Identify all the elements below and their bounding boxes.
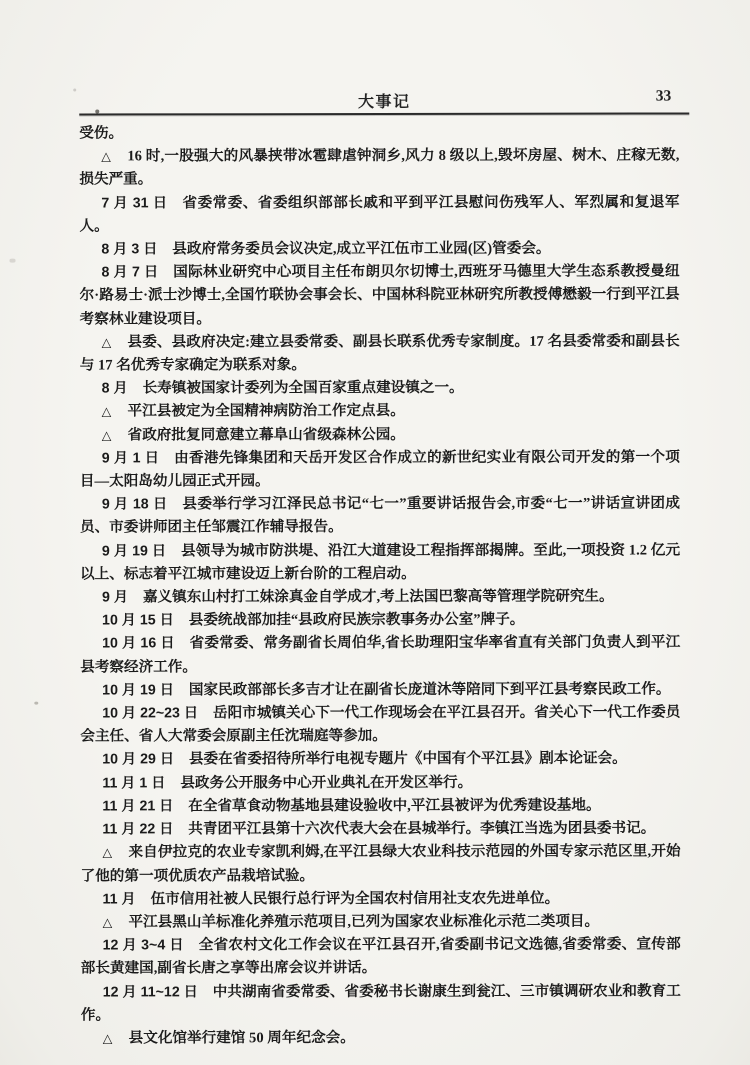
scan-speck	[95, 109, 99, 113]
event-entry: △来自伊拉克的农业专家凯利姆,在平江县绿大农业科技示范园的外国专家示范区里,开始…	[81, 841, 681, 888]
triangle-marker: △	[103, 915, 113, 929]
event-entry: 9 月 19 日县领导为城市防洪堤、沿江大道建设工程指挥部揭牌。至此,一项投资 …	[80, 539, 680, 586]
triangle-marker: △	[103, 1031, 113, 1045]
event-date: 10 月 19 日	[102, 682, 174, 698]
event-date: 10 月 29 日	[102, 752, 174, 768]
triangle-marker: △	[102, 846, 112, 860]
event-entry: 11 月 22 日共青团平江县第十六次代表大会在县城举行。李镇江当选为团县委书记…	[80, 818, 680, 842]
event-text: 国家民政部部长多吉才让在副省长庞道沐等陪同下到平江县考察民政工作。	[189, 681, 671, 698]
event-text: 在全省草食动物基地县建设验收中,平江县被评为优秀建设基地。	[188, 797, 600, 814]
event-entry: 8 月长寿镇被国家计委列为全国百家重点建设镇之一。	[80, 377, 680, 401]
event-text: 县委、县政府决定:建立县委常委、副县长联系优秀专家制度。17 名县委常委和副县长…	[80, 333, 680, 373]
event-text: 受伤。	[79, 125, 123, 141]
scan-speck	[34, 702, 38, 705]
event-entry: 9 月 18 日县委举行学习江泽民总书记“七一”重要讲话报告会,市委“七一”讲话…	[80, 493, 680, 540]
event-text: 县政府常务委员会议决定,成立平江伍市工业园(区)管委会。	[172, 241, 550, 258]
event-entry: 8 月 3 日县政府常务委员会议决定,成立平江伍市工业园(区)管委会。	[79, 237, 679, 261]
event-date: 10 月 22~23 日	[102, 705, 198, 721]
event-date: 12 月 11~12 日	[103, 984, 198, 1000]
scan-speck	[73, 89, 76, 92]
event-date: 11 月	[103, 891, 136, 907]
event-date: 11 月 22 日	[102, 821, 173, 837]
event-date: 7 月 31 日	[101, 195, 167, 211]
event-text: 省政府批复同意建立幕阜山省级森林公园。	[128, 427, 405, 443]
event-text: 省委常委、省委组织部部长戚和平到平江县慰问伤残军人、军烈属和复退军人。	[79, 194, 679, 234]
event-text: 国际林业研究中心项目主任布朗贝尔切博士,西班牙马德里大学生态系教授曼纽尔·路易士…	[80, 264, 680, 327]
event-text: 由香港先锋集团和天岳开发区合作成立的新世纪实业有限公司开发的第一个项目—太阳岛幼…	[80, 449, 680, 489]
event-entry: 11 月伍市信用社被人民银行总行评为全国农村信用社支农先进单位。	[81, 887, 681, 911]
event-text: 县政务公开服务中心开业典礼在开发区举行。	[180, 775, 472, 792]
event-date: 11 月 21 日	[102, 798, 173, 814]
event-entry: 7 月 31 日省委常委、省委组织部部长戚和平到平江县慰问伤残军人、军烈属和复退…	[79, 191, 679, 238]
event-entry: 12 月 11~12 日中共湖南省委常委、省委秘书长谢康生到瓮江、三市镇调研农业…	[81, 980, 681, 1027]
triangle-marker: △	[102, 405, 112, 419]
event-date: 10 月 15 日	[102, 613, 174, 629]
event-entry: △平江县被定为全国精神病防治工作定点县。	[80, 400, 680, 424]
scan-speck	[10, 259, 16, 263]
event-entry: 10 月 19 日国家民政部部长多吉才让在副省长庞道沐等陪同下到平江县考察民政工…	[80, 678, 680, 702]
event-text: 长寿镇被国家计委列为全国百家重点建设镇之一。	[143, 380, 464, 397]
chronicle-entries: 受伤。△16 时,一股强大的风暴挟带冰雹肆虐钟洞乡,风力 8 级以上,毁坏房屋、…	[79, 121, 681, 1050]
event-entry: △平江县黑山羊标准化养殖示范项目,已列为国家农业标准化示范二类项目。	[81, 910, 681, 934]
event-entry: 12 月 3~4 日全省农村文化工作会议在平江县召开,省委副书记文选德,省委常委…	[81, 934, 681, 981]
event-text: 县委举行学习江泽民总书记“七一”重要讲话报告会,市委“七一”讲话宣讲团成员、市委…	[80, 496, 680, 536]
event-entry: 10 月 15 日县委统战部加挂“县政府民族宗教事务办公室”牌子。	[80, 609, 680, 633]
event-date: 8 月 3 日	[101, 241, 157, 257]
event-text: 平江县黑山羊标准化养殖示范项目,已列为国家农业标准化示范二类项目。	[128, 914, 599, 931]
event-entry: 10 月 29 日县委在省委招待所举行电视专题片《中国有个平江县》剧本论证会。	[80, 748, 680, 772]
event-text: 嘉义镇东山村打工妹涂真金自学成才,考上法国巴黎高等管理学院研究生。	[143, 589, 614, 606]
event-entry: 11 月 1 日县政务公开服务中心开业典礼在开发区举行。	[80, 771, 680, 795]
event-date: 9 月 1 日	[102, 450, 159, 466]
event-text: 16 时,一股强大的风暴挟带冰雹肆虐钟洞乡,风力 8 级以上,毁坏房屋、树木、庄…	[79, 148, 679, 188]
event-entry: △县文化馆举行建馆 50 周年纪念会。	[81, 1026, 681, 1050]
event-entry: 9 月 1 日由香港先锋集团和天岳开发区合作成立的新世纪实业有限公司开发的第一个…	[80, 446, 680, 493]
event-text: 县委在省委招待所举行电视专题片《中国有个平江县》剧本论证会。	[189, 751, 627, 768]
event-text: 县领导为城市防洪堤、沿江大道建设工程指挥部揭牌。至此,一项投资 1.2 亿元以上…	[80, 542, 680, 582]
scanned-book-page: 大事记 33 受伤。△16 时,一股强大的风暴挟带冰雹肆虐钟洞乡,风力 8 级以…	[0, 0, 750, 1065]
event-date: 9 月 18 日	[102, 497, 168, 513]
event-text: 平江县被定为全国精神病防治工作定点县。	[128, 403, 405, 419]
event-text: 县文化馆举行建馆 50 周年纪念会。	[129, 1030, 355, 1046]
event-entry: △县委、县政府决定:建立县委常委、副县长联系优秀专家制度。17 名县委常委和副县…	[80, 330, 680, 377]
triangle-marker: △	[101, 150, 111, 164]
event-entry: △省政府批复同意建立幕阜山省级森林公园。	[80, 423, 680, 447]
event-date: 10 月 16 日	[102, 636, 175, 652]
event-date: 8 月 7 日	[101, 265, 158, 281]
event-text: 县委统战部加挂“县政府民族宗教事务办公室”牌子。	[189, 612, 525, 629]
event-entry: △16 时,一股强大的风暴挟带冰雹肆虐钟洞乡,风力 8 级以上,毁坏房屋、树木、…	[79, 145, 679, 192]
event-date: 8 月	[102, 381, 128, 397]
event-text: 伍市信用社被人民银行总行评为全国农村信用社支农先进单位。	[151, 890, 560, 907]
event-date: 9 月 19 日	[102, 543, 166, 559]
event-entry: 8 月 7 日国际林业研究中心项目主任布朗贝尔切博士,西班牙马德里大学生态系教授…	[80, 261, 680, 332]
event-date: 12 月 3~4 日	[103, 937, 184, 953]
page-content: 大事记 33 受伤。△16 时,一股强大的风暴挟带冰雹肆虐钟洞乡,风力 8 级以…	[0, 0, 750, 1065]
event-date: 9 月	[102, 589, 128, 605]
triangle-marker: △	[102, 335, 112, 349]
event-entry: 9 月嘉义镇东山村打工妹涂真金自学成才,考上法国巴黎高等管理学院研究生。	[80, 586, 680, 610]
event-text: 共青团平江县第十六次代表大会在县城举行。李镇江当选为团县委书记。	[188, 821, 655, 838]
event-text: 来自伊拉克的农业专家凯利姆,在平江县绿大农业科技示范园的外国专家示范区里,开始了…	[81, 844, 681, 884]
triangle-marker: △	[102, 428, 112, 442]
page-number: 33	[79, 87, 671, 106]
event-date: 11 月 1 日	[102, 775, 165, 791]
header-rule	[79, 112, 689, 115]
event-entry: 11 月 21 日在全省草食动物基地县建设验收中,平江县被评为优秀建设基地。	[80, 794, 680, 818]
event-entry: 10 月 22~23 日岳阳市城镇关心下一代工作现场会在平江县召开。省关心下一代…	[80, 702, 680, 749]
event-entry: 10 月 16 日省委常委、常务副省长周伯华,省长助理阳宝华率省直有关部门负责人…	[80, 632, 680, 679]
event-entry: 受伤。	[79, 121, 679, 145]
